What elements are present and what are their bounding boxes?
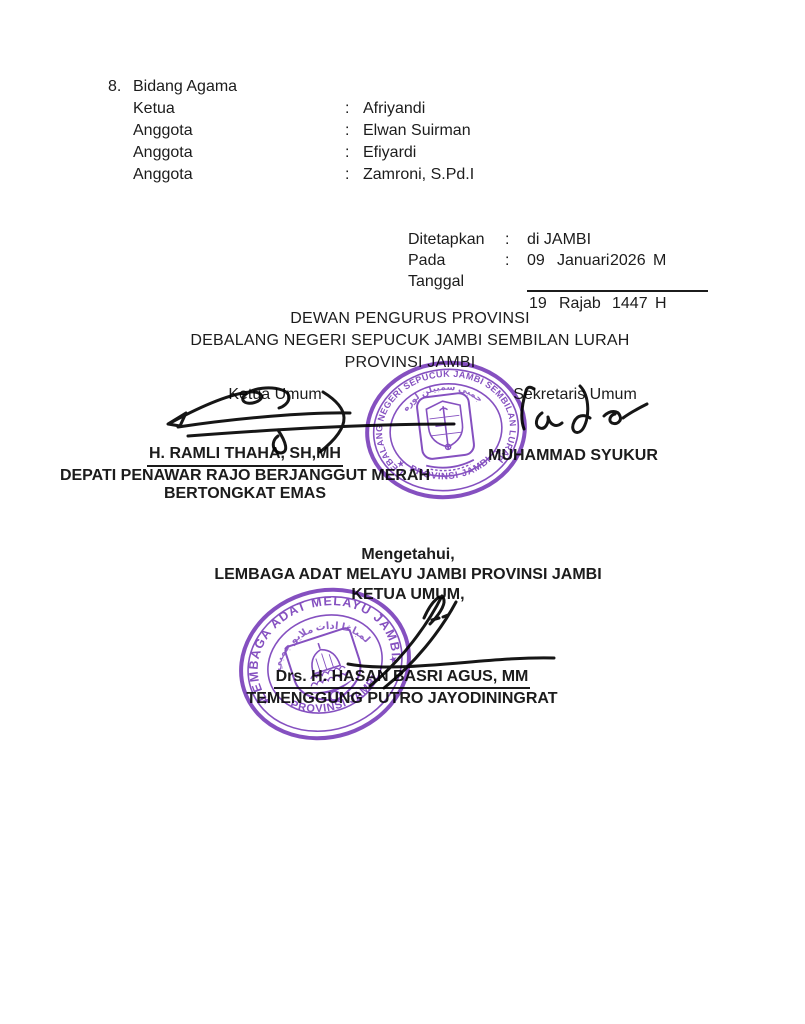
star-icon: ★ [493, 446, 502, 457]
ack-line1: Mengetahui, [208, 545, 608, 565]
document-page: 8. Bidang Agama Ketua : Afriyandi Anggot… [0, 0, 805, 1024]
gregorian-month: Januari [557, 250, 610, 289]
enactment-date-row: Pada Tanggal : 09 Januari 2026 M [408, 250, 708, 292]
row-label: Ketua [133, 98, 345, 120]
enactment-place-row: Ditetapkan : di JAMBI [408, 229, 708, 250]
gregorian-year: 2026 [610, 250, 653, 289]
row-value: Elwan Suirman [363, 120, 538, 142]
row-label: Anggota [133, 120, 345, 142]
table-row: Anggota : Elwan Suirman [133, 120, 538, 142]
gregorian-date: 09 Januari 2026 M [527, 250, 708, 292]
signature-hasan [340, 590, 565, 692]
row-value: Afriyandi [363, 98, 538, 120]
place-label: Ditetapkan [408, 229, 505, 250]
place-colon: : [505, 229, 527, 250]
ack-line2: LEMBAGA ADAT MELAYU JAMBI PROVINSI JAMBI [208, 565, 608, 585]
row-colon: : [345, 120, 363, 142]
row-colon: : [345, 142, 363, 164]
signature-syukur [512, 378, 657, 440]
committee-title: Bidang Agama [133, 76, 538, 98]
gregorian-era: M [653, 250, 668, 289]
row-label: Anggota [133, 164, 345, 186]
org-heading-line1: DEWAN PENGURUS PROVINSI [110, 308, 710, 330]
star-icon: ★ [260, 695, 272, 708]
table-row: Anggota : Efiyardi [133, 142, 538, 164]
row-value: Zamroni, S.Pd.I [363, 164, 538, 186]
org-heading-line2: DEBALANG NEGERI SEPUCUK JAMBI SEMBILAN L… [110, 330, 710, 352]
row-colon: : [345, 98, 363, 120]
date-colon: : [505, 250, 527, 292]
date-label: Pada Tanggal [408, 250, 505, 292]
committee-section: 8. Bidang Agama Ketua : Afriyandi Anggot… [108, 76, 538, 186]
place-value: di JAMBI [527, 229, 708, 250]
enactment-block: Ditetapkan : di JAMBI Pada Tanggal : 09 … [408, 229, 708, 314]
row-value: Efiyardi [363, 142, 538, 164]
signature-ramli [158, 380, 463, 465]
row-colon: : [345, 164, 363, 186]
committee-title-row: 8. Bidang Agama [108, 76, 538, 98]
row-label: Anggota [133, 142, 345, 164]
table-row: Ketua : Afriyandi [133, 98, 538, 120]
table-row: Anggota : Zamroni, S.Pd.I [133, 164, 538, 186]
gregorian-day: 09 [527, 250, 557, 289]
committee-number: 8. [108, 76, 133, 98]
